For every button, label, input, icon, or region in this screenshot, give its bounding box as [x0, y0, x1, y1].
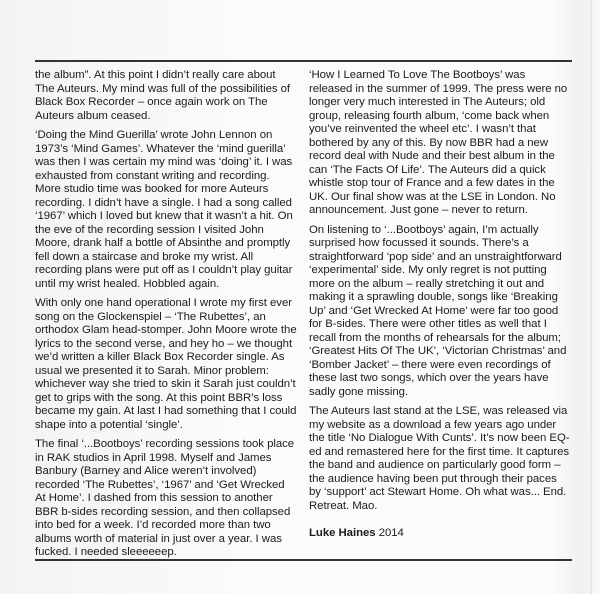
page-fold-shadow [590, 0, 592, 594]
signature: Luke Haines 2014 [309, 527, 571, 541]
paragraph: With only one hand operational I wrote m… [35, 297, 297, 432]
paragraph: On listening to ‘...Bootboys’ again, I’m… [309, 224, 571, 400]
left-column: the album”. At this point I didn’t reall… [35, 69, 297, 566]
booklet-page: the album”. At this point I didn’t reall… [0, 0, 600, 594]
paragraph: The final ‘...Bootboys’ recording sessio… [35, 438, 297, 560]
paragraph: the album”. At this point I didn’t reall… [35, 69, 297, 123]
top-rule [35, 60, 572, 62]
signature-author: Luke Haines [309, 527, 376, 539]
paragraph: The Auteurs last stand at the LSE, was r… [309, 405, 571, 513]
paragraph: ‘How I Learned To Love The Bootboys’ was… [309, 69, 571, 218]
signature-year: 2014 [379, 527, 404, 539]
bottom-rule [35, 559, 572, 561]
right-column: ‘How I Learned To Love The Bootboys’ was… [309, 69, 571, 547]
paragraph: ‘Doing the Mind Guerilla’ wrote John Len… [35, 129, 297, 291]
